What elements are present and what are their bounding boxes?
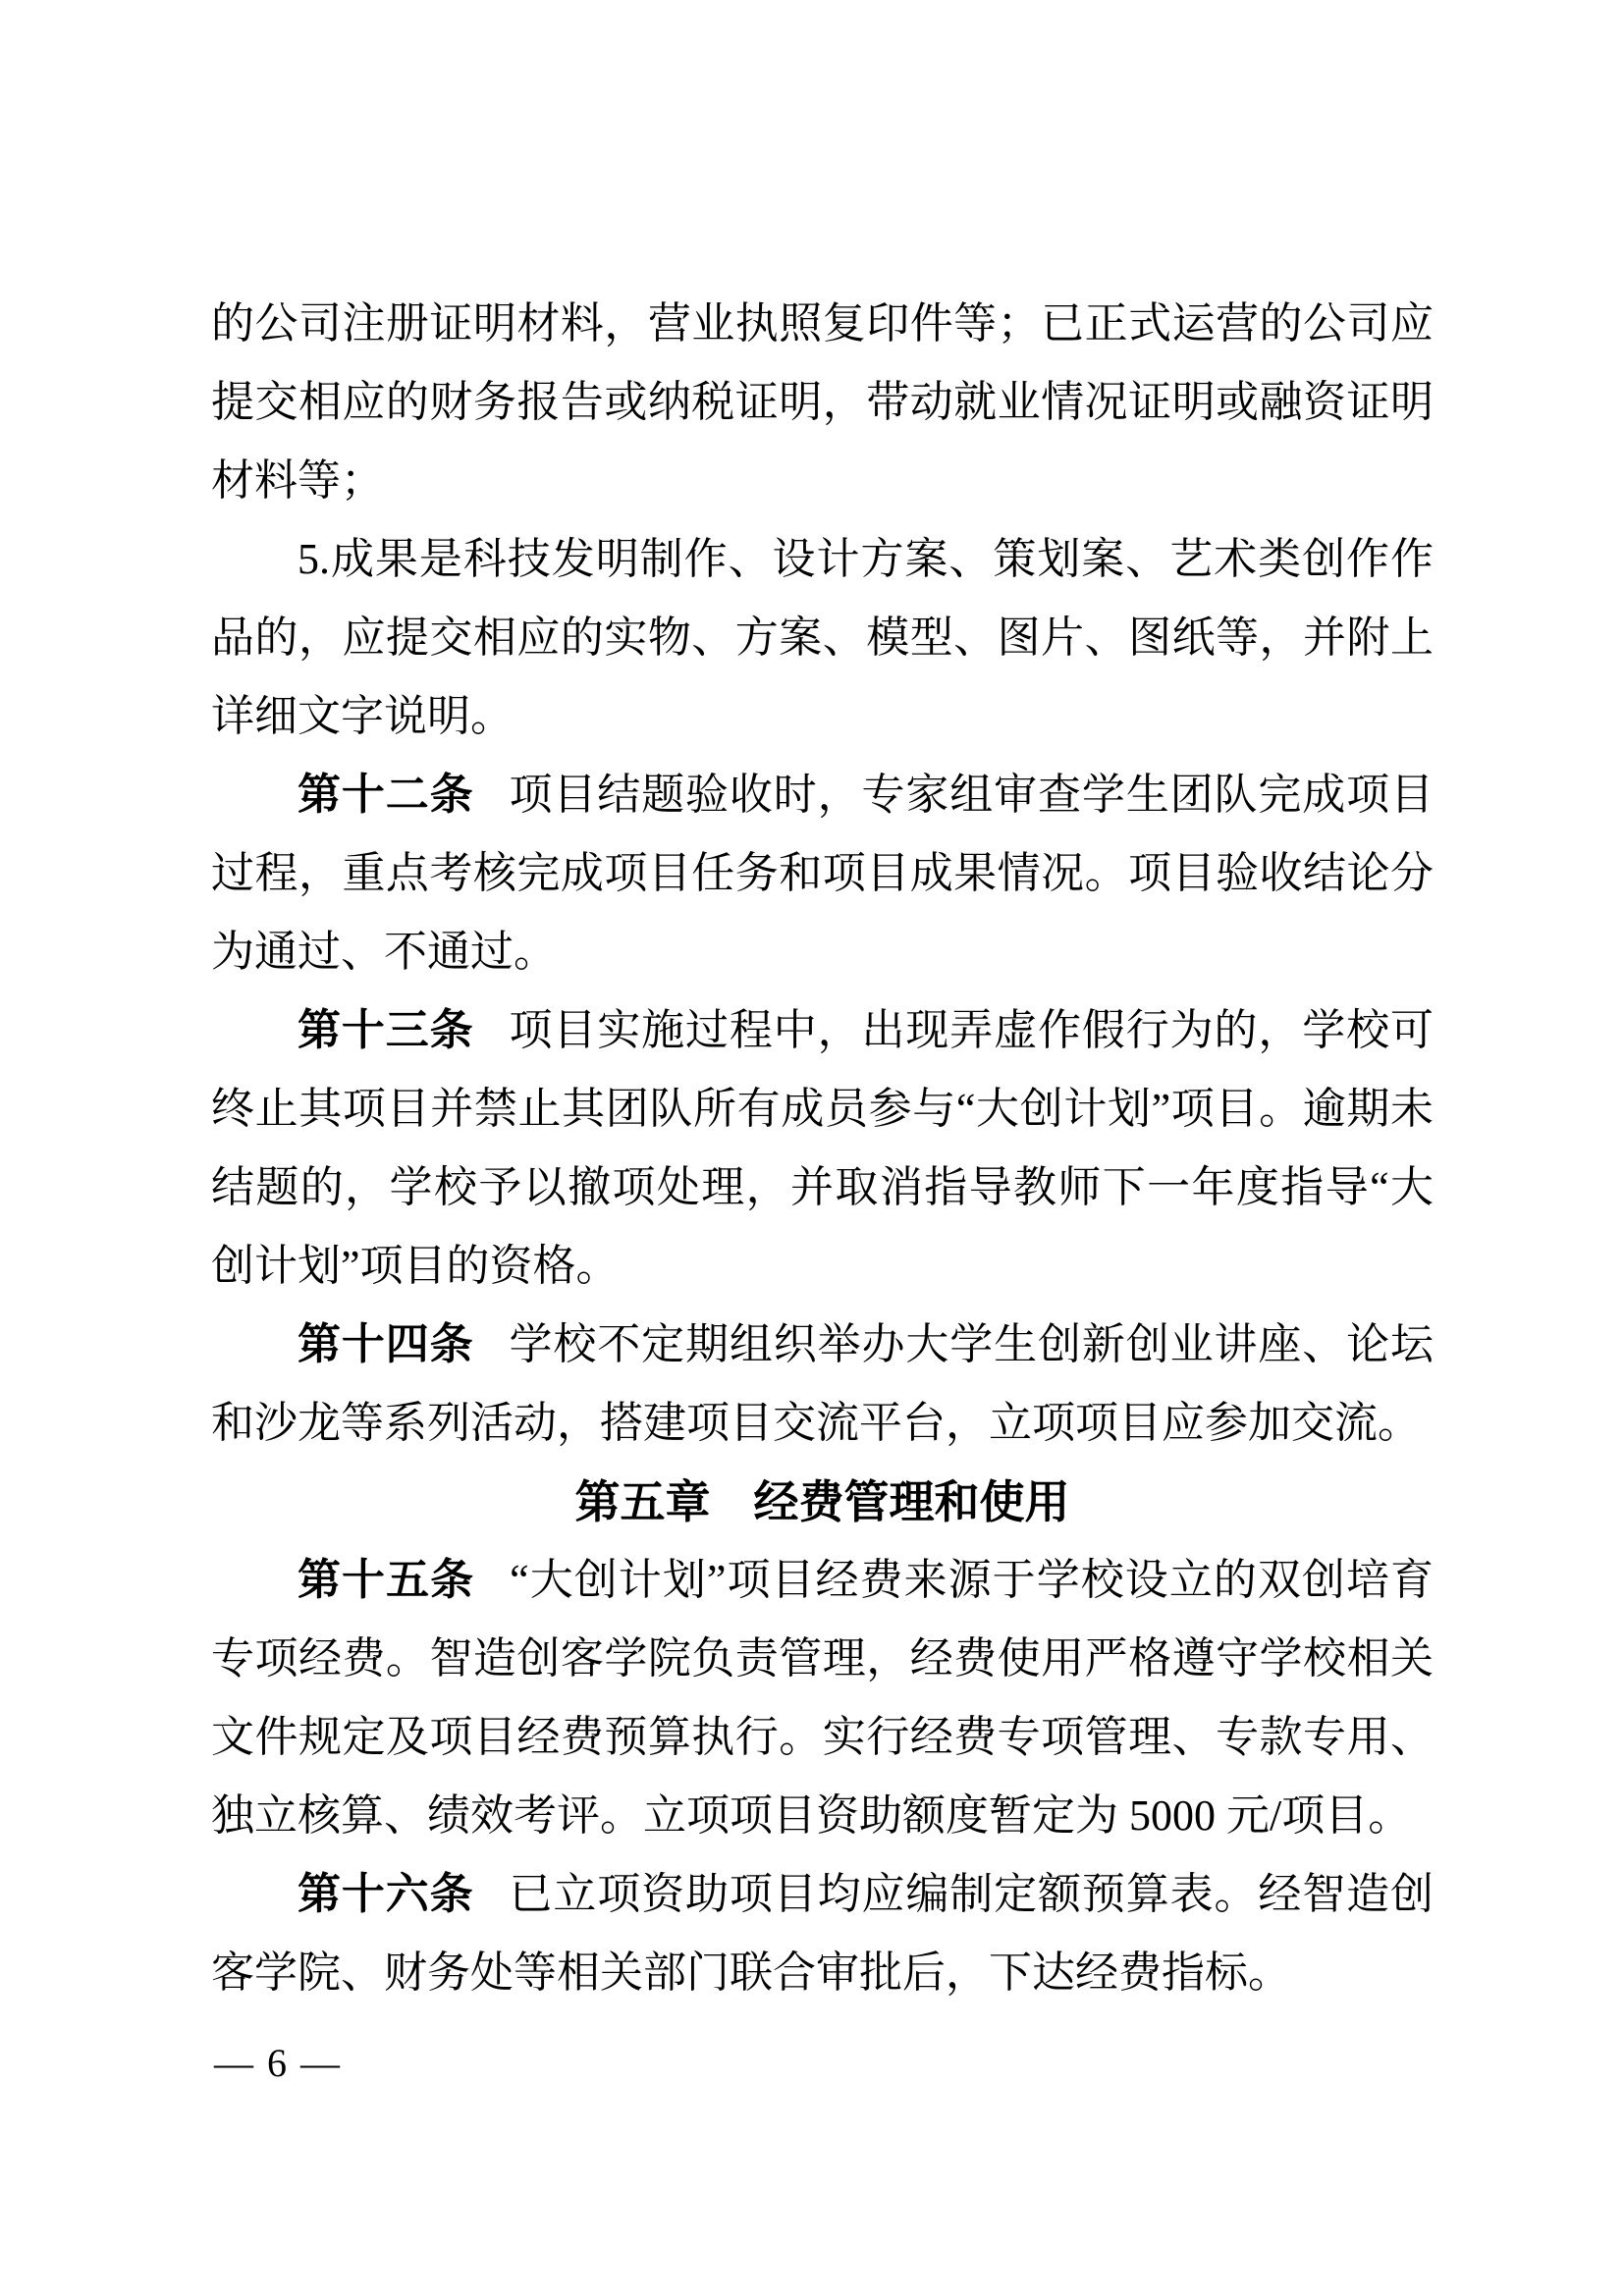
chapter-number: 第五章 bbox=[575, 1475, 711, 1528]
article-paragraph-13: 第十三条项目实施过程中，出现弄虚作假行为的，学校可终止其项目并禁止其团队所有成员… bbox=[211, 991, 1434, 1306]
article-number: 第十四条 bbox=[298, 1320, 474, 1368]
chapter-heading: 第五章经费管理和使用 bbox=[211, 1463, 1434, 1541]
page-footer: — 6 — bbox=[214, 2034, 342, 2093]
body-paragraph-continuation: 的公司注册证明材料，营业执照复印件等；已正式运营的公司应提交相应的财务报告或纳税… bbox=[211, 285, 1434, 520]
article-paragraph-15: 第十五条“大创计划”项目经费来源于学校设立的双创培育专项经费。智造创客学院负责管… bbox=[211, 1541, 1434, 1855]
article-paragraph-14: 第十四条学校不定期组织举办大学生创新创业讲座、论坛和沙龙等系列活动，搭建项目交流… bbox=[211, 1306, 1434, 1463]
article-number: 第十五条 bbox=[298, 1556, 474, 1604]
article-number: 第十三条 bbox=[298, 1006, 474, 1054]
article-number: 第十二条 bbox=[298, 771, 474, 819]
article-paragraph-12: 第十二条项目结题验收时，专家组审查学生团队完成项目过程，重点考核完成项目任务和项… bbox=[211, 756, 1434, 991]
chapter-title: 经费管理和使用 bbox=[754, 1475, 1070, 1528]
page-number: — 6 — bbox=[214, 2041, 342, 2085]
document-page: 的公司注册证明材料，营业执照复印件等；已正式运营的公司应提交相应的财务报告或纳税… bbox=[0, 0, 1624, 2296]
document-body: 的公司注册证明材料，营业执照复印件等；已正式运营的公司应提交相应的财务报告或纳税… bbox=[211, 285, 1434, 2012]
body-paragraph-item-5: 5.成果是科技发明制作、设计方案、策划案、艺术类创作作品的，应提交相应的实物、方… bbox=[211, 520, 1434, 756]
article-paragraph-16: 第十六条已立项资助项目均应编制定额预算表。经智造创客学院、财务处等相关部门联合审… bbox=[211, 1855, 1434, 2012]
article-number: 第十六条 bbox=[298, 1870, 474, 1918]
